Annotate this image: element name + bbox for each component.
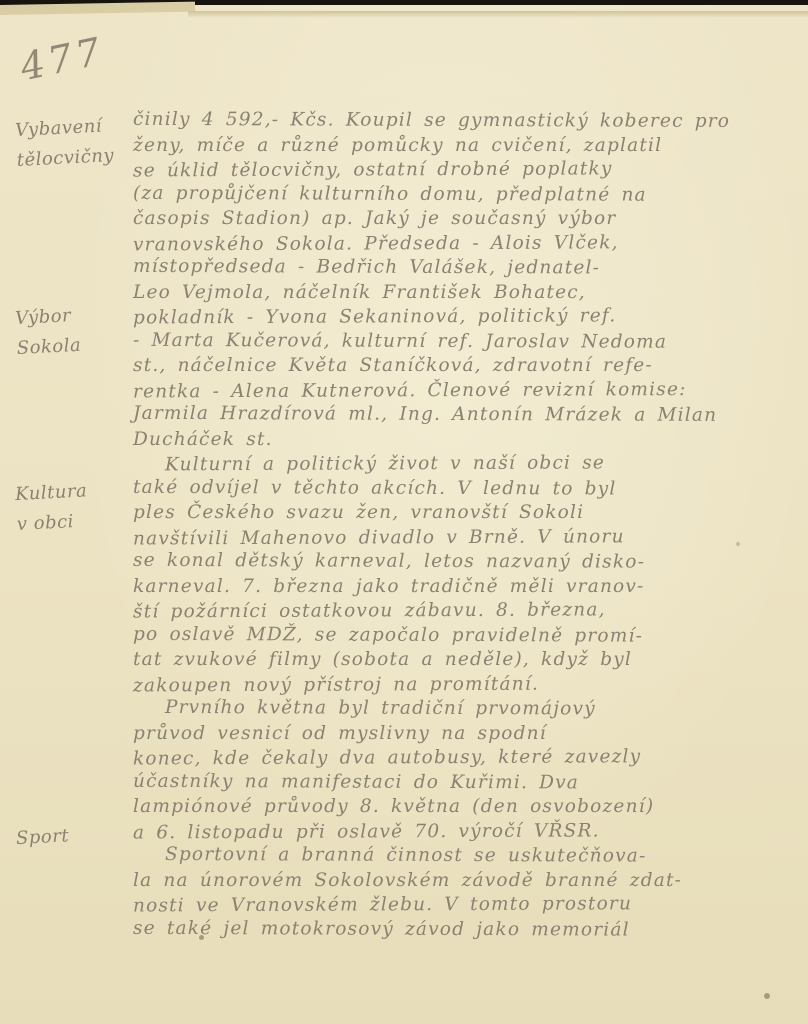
handwritten-line: Jarmila Hrazdírová ml., Ing. Antonín Mrá… [133, 402, 799, 429]
body-text: činily 4 592,- Kčs. Koupil se gymnastick… [133, 109, 799, 942]
handwritten-line: účastníky na manifestaci do Kuřimi. Dva [133, 769, 799, 796]
handwritten-line: Prvního května byl tradiční prvomájový [133, 696, 799, 723]
paper-speck [764, 993, 770, 999]
handwritten-line: - Marta Kučerová, kulturní ref. Jaroslav… [133, 328, 799, 355]
handwritten-line: ští požárníci ostatkovou zábavu. 8. břez… [133, 598, 799, 625]
handwritten-line: nosti ve Vranovském žlebu. V tomto prost… [133, 892, 799, 919]
handwritten-line: rentka - Alena Kutnerová. Členové revizn… [133, 377, 799, 404]
margin-note-line: Sokola [16, 328, 135, 364]
margin-note-sport: Sport [15, 818, 134, 854]
page-top-shadow [188, 11, 808, 18]
margin-note-vybor-sokola: Výbor Sokola [15, 298, 136, 364]
page-number: 477 [16, 29, 108, 90]
handwritten-line: karneval. 7. března jako tradičně měli v… [133, 575, 799, 600]
handwritten-line: tat zvukové filmy (sobota a neděle), kdy… [133, 648, 799, 673]
underlying-page-edge [0, 2, 195, 15]
handwritten-line: la na únorovém Sokolovském závodě branné… [133, 869, 799, 894]
handwritten-line: Leo Vejmola, náčelník František Bohatec, [133, 281, 799, 306]
handwritten-line: (za propůjčení kulturního domu, předplat… [133, 181, 799, 208]
handwritten-line: ples Českého svazu žen, vranovští Sokoli [133, 501, 799, 526]
handwritten-line: Ducháček st. [133, 428, 799, 453]
handwritten-line: pokladník - Yvona Sekaninová, politický … [133, 304, 799, 331]
handwritten-line: se konal dětský karneval, letos nazvaný … [133, 549, 799, 576]
handwritten-line: časopis Stadion) ap. Jaký je současný vý… [133, 207, 799, 232]
handwritten-line: činily 4 592,- Kčs. Koupil se gymnastick… [133, 108, 799, 135]
handwritten-line: také odvíjel v těchto akcích. V lednu to… [133, 475, 799, 502]
handwritten-line: ženy, míče a různé pomůcky na cvičení, z… [133, 134, 799, 159]
handwritten-line: zakoupen nový přístroj na promítání. [133, 671, 799, 698]
handwritten-line: po oslavě MDŽ, se započalo pravidelně pr… [133, 622, 799, 649]
handwritten-line: Sportovní a branná činnost se uskutečňov… [133, 843, 799, 870]
handwritten-line: místopředseda - Bedřich Valášek, jednate… [133, 255, 799, 282]
handwritten-line: konec, kde čekaly dva autobusy, které za… [133, 745, 799, 772]
handwritten-line: lampiónové průvody 8. května (den osvobo… [133, 795, 799, 820]
handwritten-line: navštívili Mahenovo divadlo v Brně. V ún… [133, 524, 799, 551]
margin-note-line: Sport [15, 818, 134, 854]
handwritten-line: se úklid tělocvičny, ostatní drobné popl… [133, 157, 799, 184]
chronicle-photo: { "page": { "number": "477" }, "margin_n… [0, 0, 808, 1024]
handwritten-line: a 6. listopadu při oslavě 70. výročí VŘS… [133, 818, 799, 845]
margin-note-line: v obci [16, 504, 135, 540]
margin-note-vybaveni-telocvicny: Vybavení tělocvičny [15, 110, 136, 176]
chronicle-page: 477 Vybavení tělocvičny Výbor Sokola Kul… [0, 5, 808, 1024]
margin-note-line: tělocvičny [16, 140, 135, 176]
handwritten-line: se také jel motokrosový závod jako memor… [133, 916, 799, 943]
handwritten-line: st., náčelnice Květa Staníčková, zdravot… [133, 354, 799, 379]
margin-note-kultura-v-obci: Kultura v obci [15, 474, 136, 540]
handwritten-line: průvod vesnicí od myslivny na spodní [133, 722, 799, 747]
handwritten-line: Kulturní a politický život v naší obci s… [133, 451, 799, 478]
handwritten-line: vranovského Sokola. Předseda - Alois Vlč… [133, 230, 799, 257]
paper-speck [736, 542, 740, 546]
paper-speck [199, 935, 204, 940]
